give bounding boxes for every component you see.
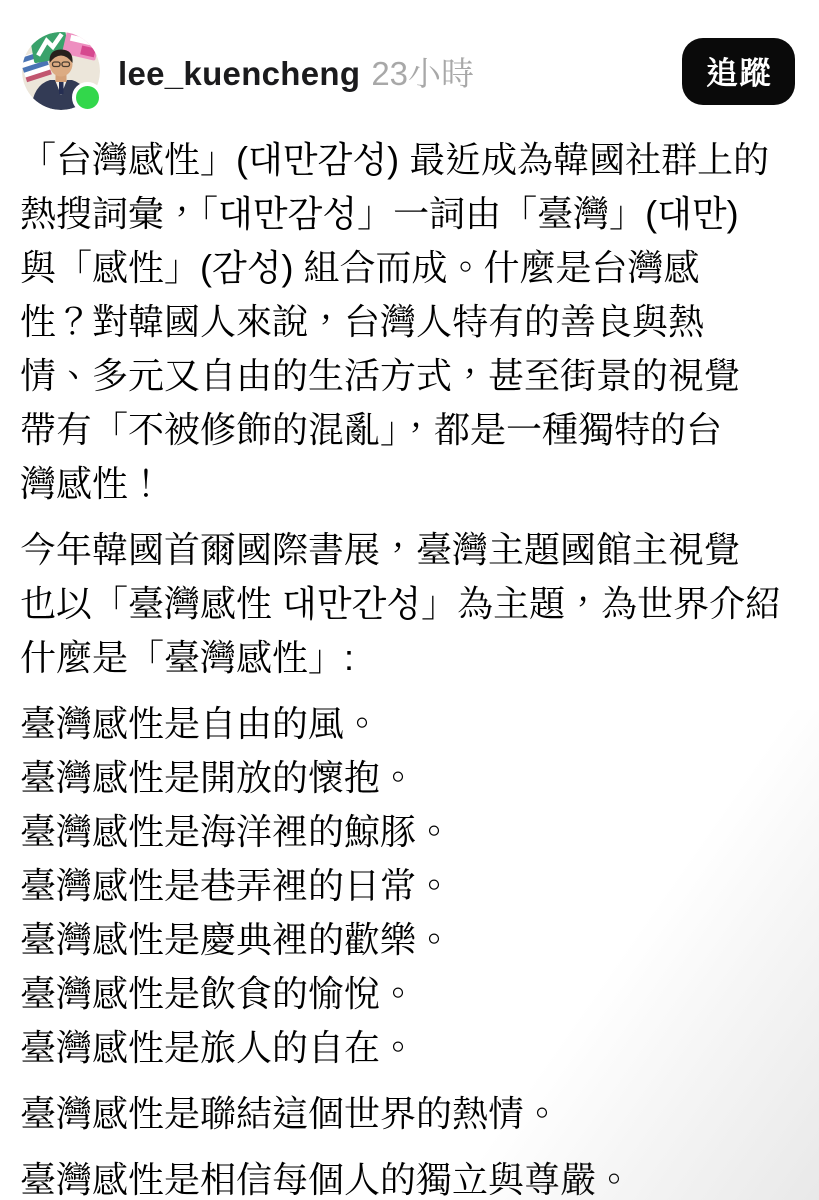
list-item: 臺灣感性是慶典裡的歡樂。 (20, 913, 799, 967)
paragraph-5: 臺灣感性是相信每個人的獨立與尊嚴。 (20, 1153, 799, 1200)
timestamp: 23小時 (371, 48, 474, 95)
text-line: 臺灣感性是聯結這個世界的熱情。 (20, 1087, 799, 1141)
avatar[interactable] (22, 32, 100, 110)
username[interactable]: lee_kuencheng (118, 55, 360, 93)
post-page: lee_kuencheng 23小時 追蹤 「台灣感性」(대만감성) 最近成為韓… (0, 0, 819, 1200)
text-line: 情、多元又自由的生活方式，甚至街景的視覺 (20, 349, 799, 403)
tie (59, 81, 64, 94)
list-item: 臺灣感性是海洋裡的鯨豚。 (20, 805, 799, 859)
list-item: 臺灣感性是旅人的自在。 (20, 1021, 799, 1075)
text-line: 與「感性」(감성) 組合而成。什麼是台灣感 (20, 241, 799, 295)
paragraph-2: 今年韓國首爾國際書展，臺灣主題國館主視覺 也以「臺灣感性 대만간성」為主題，為世… (20, 523, 799, 685)
text-line: 今年韓國首爾國際書展，臺灣主題國館主視覺 (20, 523, 799, 577)
list-item: 臺灣感性是飲食的愉悅。 (20, 967, 799, 1021)
text-line: 性？對韓國人來說，台灣人特有的善良與熱 (20, 295, 799, 349)
text-line: 熱搜詞彙，「대만감성」一詞由「臺灣」(대만) (20, 187, 799, 241)
text-line: 也以「臺灣感性 대만간성」為主題，為世界介紹 (20, 577, 799, 631)
online-status-dot (72, 82, 103, 113)
paragraph-4: 臺灣感性是聯結這個世界的熱情。 (20, 1087, 799, 1141)
follow-button[interactable]: 追蹤 (682, 38, 795, 105)
name-row: lee_kuencheng 23小時 (118, 48, 474, 95)
text-line: 灣感性！ (20, 457, 799, 511)
text-line: 什麼是「臺灣感性」: (20, 631, 799, 685)
list-item: 臺灣感性是巷弄裡的日常。 (20, 859, 799, 913)
paragraph-3-list: 臺灣感性是自由的風。 臺灣感性是開放的懷抱。 臺灣感性是海洋裡的鯨豚。 臺灣感性… (20, 697, 799, 1075)
list-item: 臺灣感性是開放的懷抱。 (20, 751, 799, 805)
paragraph-1: 「台灣感性」(대만감성) 最近成為韓國社群上的 熱搜詞彙，「대만감성」一詞由「臺… (20, 133, 799, 511)
text-line: 臺灣感性是相信每個人的獨立與尊嚴。 (20, 1153, 799, 1200)
list-item: 臺灣感性是自由的風。 (20, 697, 799, 751)
post-header: lee_kuencheng 23小時 追蹤 (0, 0, 819, 110)
post-body: 「台灣感性」(대만감성) 最近成為韓國社群上的 熱搜詞彙，「대만감성」一詞由「臺… (0, 110, 819, 1200)
text-line: 「台灣感性」(대만감성) 最近成為韓國社群上的 (20, 133, 799, 187)
text-line: 帶有「不被修飾的混亂」，都是一種獨特的台 (20, 403, 799, 457)
